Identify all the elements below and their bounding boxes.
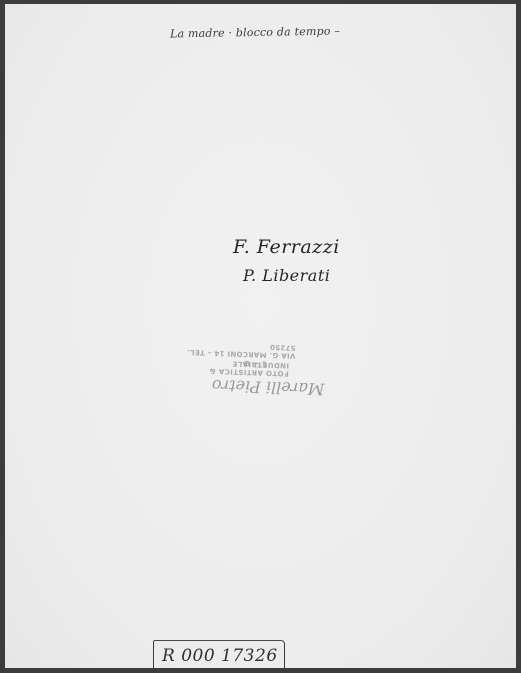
inventory-number-box: R 000 17326 bbox=[153, 640, 285, 671]
photographer-stamp: Marelli Pietro FOTO ARTISTICA & INDUSTRI… bbox=[164, 336, 326, 397]
photo-back-sheet: La madre · blocco da tempo – F. Ferrazzi… bbox=[5, 4, 516, 668]
inventory-number: R 000 17326 bbox=[162, 646, 278, 666]
stamp-signature: Marelli Pietro bbox=[211, 376, 324, 399]
stamp-line-3: VIA G. MARCONI 14 – TEL. 57250 bbox=[165, 339, 295, 360]
handwritten-name-2: P. Liberati bbox=[243, 266, 330, 285]
handwritten-caption: La madre · blocco da tempo – bbox=[170, 25, 340, 41]
handwritten-name-1: F. Ferrazzi bbox=[233, 236, 340, 258]
stamp-line-2: C — O bbox=[244, 359, 267, 368]
stamp-line-1: FOTO ARTISTICA & INDUSTRIALE bbox=[165, 357, 289, 377]
